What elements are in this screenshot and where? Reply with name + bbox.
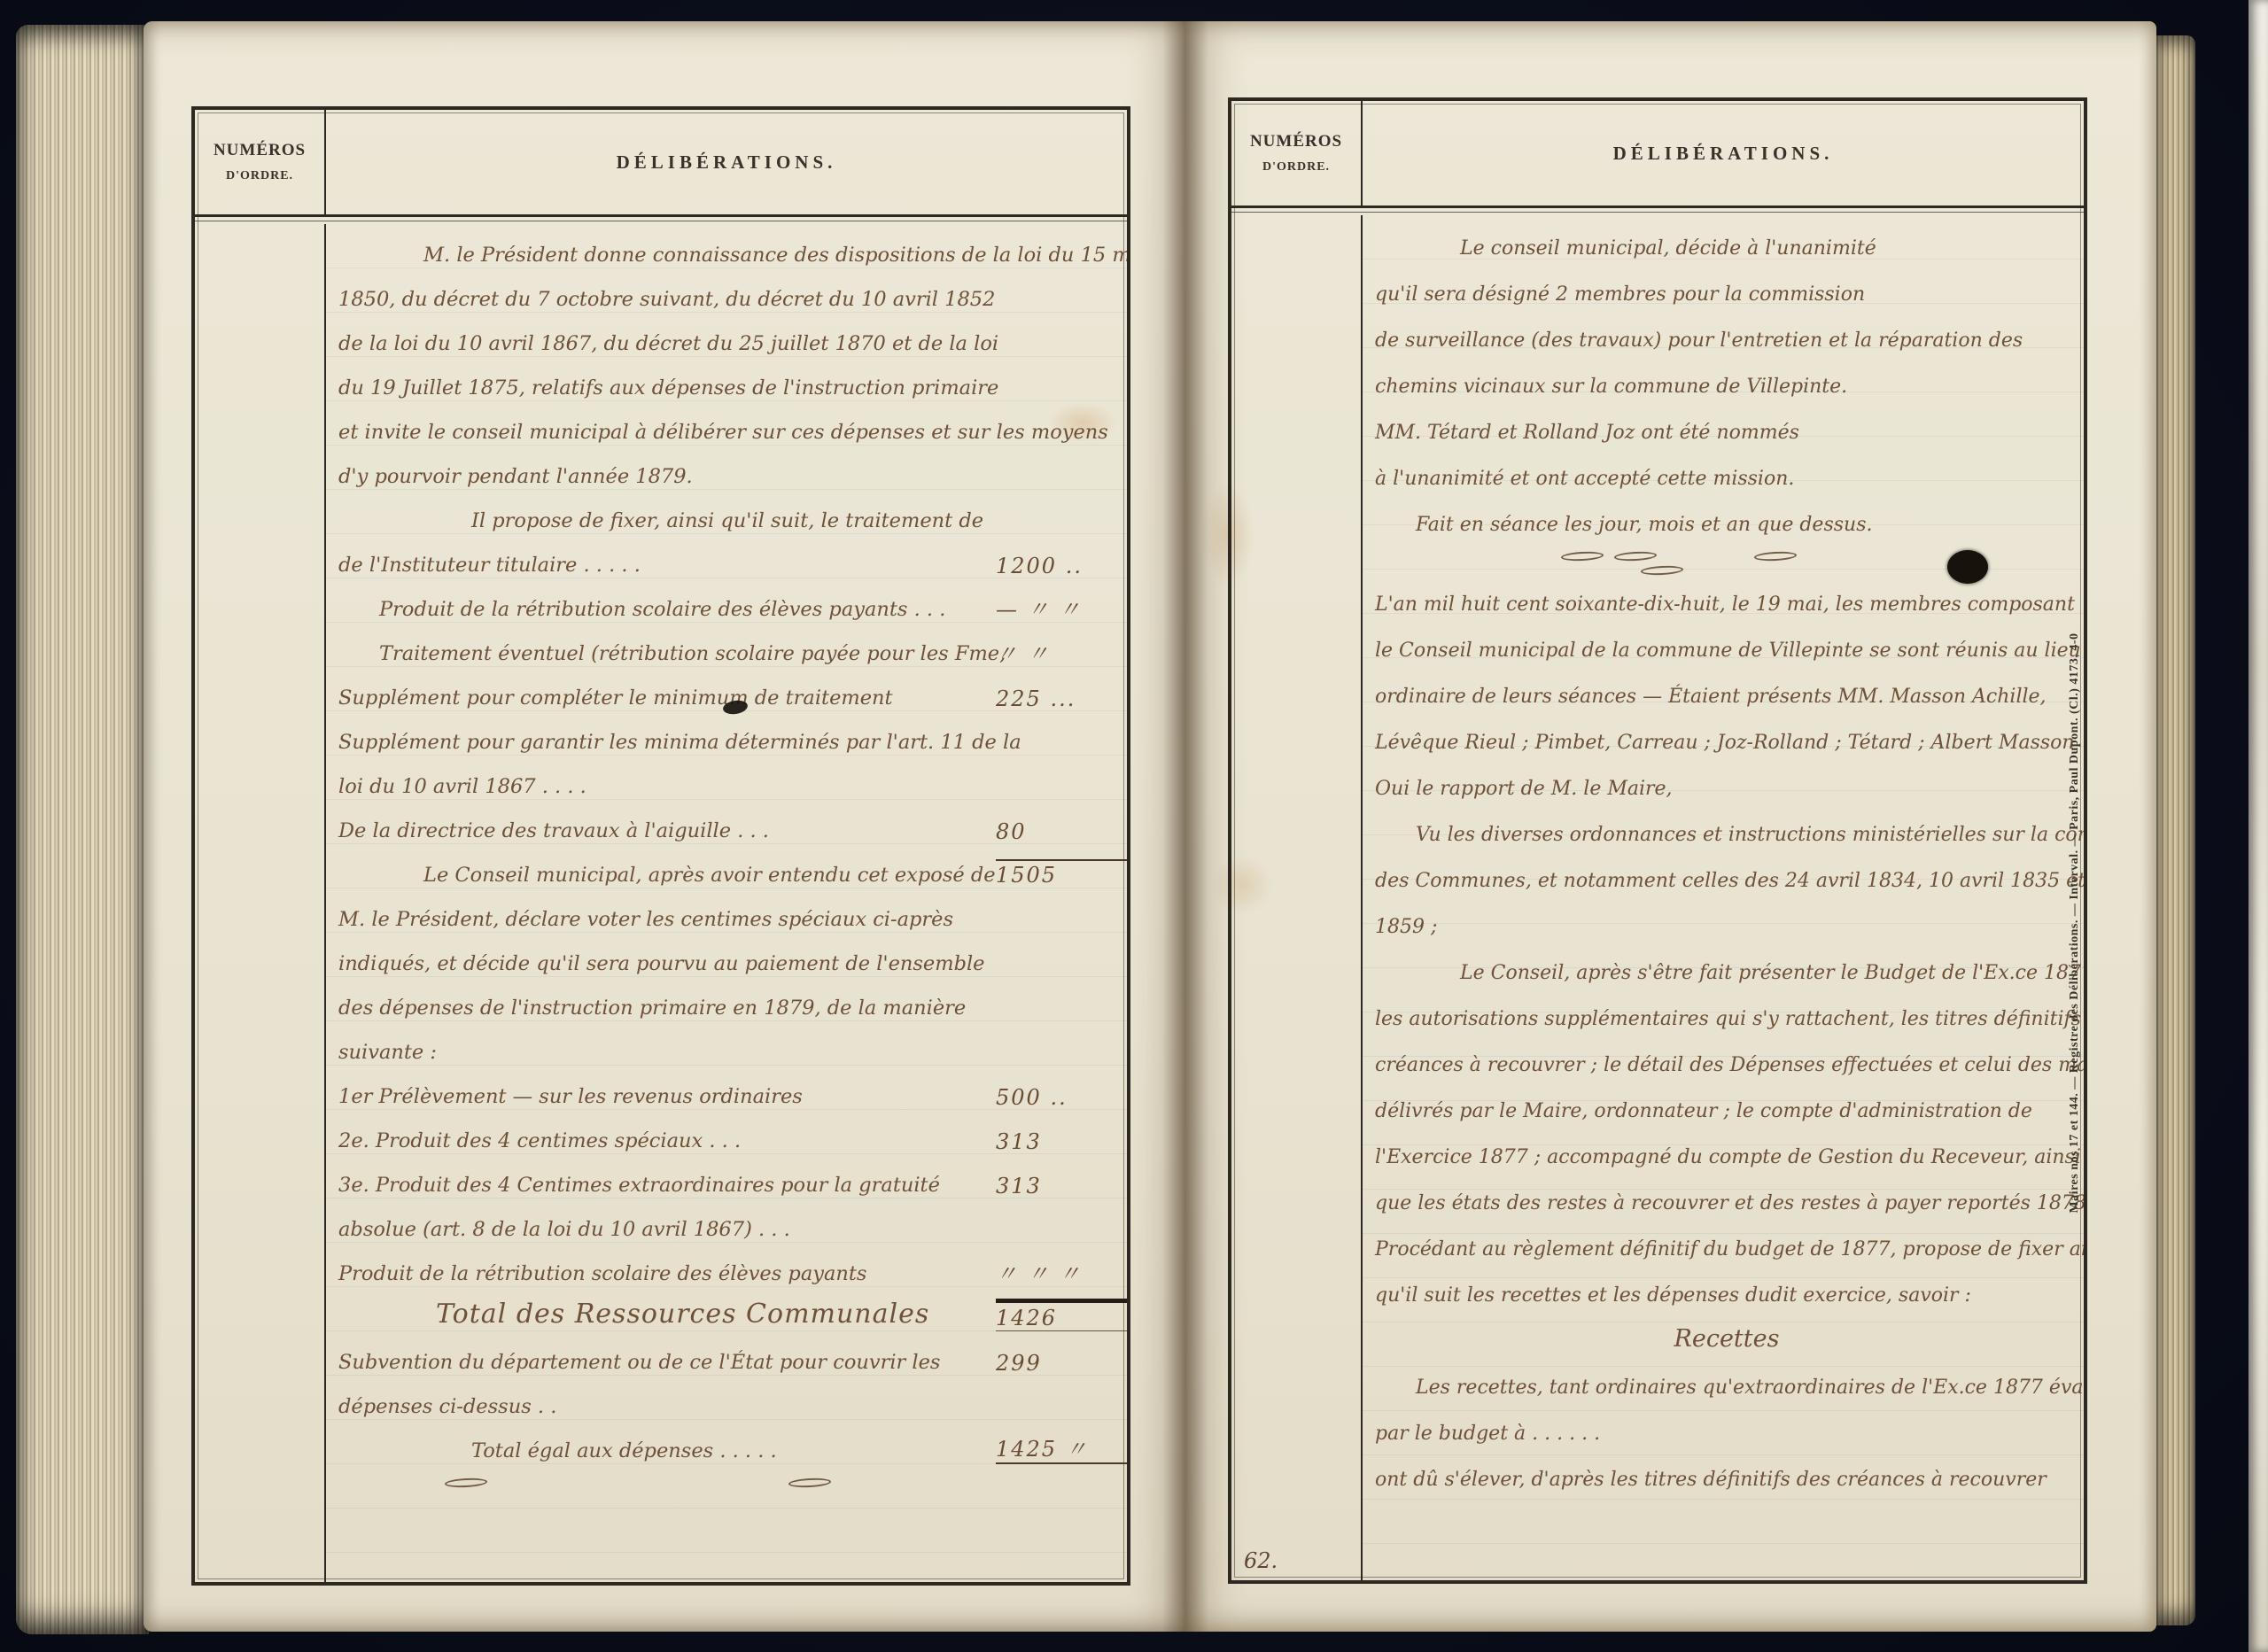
manuscript-line: suivante : <box>338 1028 1122 1073</box>
manuscript-line: créances à recouvrer ; le détail des Dép… <box>1375 1039 2078 1085</box>
manuscript-line: Procédant au règlement définitif du budg… <box>1375 1223 2078 1269</box>
manuscript-line: Il propose de fixer, ainsi qu'il suit, l… <box>338 497 1122 541</box>
manuscript-text: loi du 10 avril 1867 . . . . <box>338 775 586 807</box>
manuscript-text: Il propose de fixer, ainsi qu'il suit, l… <box>338 509 983 541</box>
manuscript-text: de surveillance (des travaux) pour l'ent… <box>1375 330 2023 361</box>
manuscript-line: des dépenses de l'instruction primaire e… <box>338 984 1122 1028</box>
manuscript-amount: — 〃 〃 <box>996 592 1127 623</box>
signature <box>1561 551 1604 562</box>
manuscript-line: 2e. Produit des 4 centimes spéciaux . . … <box>338 1117 1122 1161</box>
manuscript-text: Le Conseil, après s'être fait présenter … <box>1375 962 2084 993</box>
manuscript-text: Supplément pour garantir les minima déte… <box>338 731 1021 763</box>
manuscript-line: Recettes <box>1375 1315 2078 1361</box>
right-page-frame: NUMÉROS D'ORDRE. DÉLIBÉRATIONS. Le conse… <box>1228 97 2087 1584</box>
manuscript-text: l'Exercice 1877 ; accompagné du compte d… <box>1375 1146 2081 1177</box>
manuscript-amount: 1425 〃 <box>996 1431 1127 1464</box>
manuscript-text: De la directrice des travaux à l'aiguill… <box>338 819 769 851</box>
numeros-column <box>195 224 326 1582</box>
right-manuscript-lines-top: Le conseil municipal, décide à l'unanimi… <box>1375 222 2078 545</box>
signature <box>514 1482 532 1483</box>
manuscript-text: Le Conseil municipal, après avoir entend… <box>338 864 996 896</box>
signature <box>788 1477 831 1488</box>
manuscript-line: absolue (art. 8 de la loi du 10 avril 18… <box>338 1206 1122 1250</box>
printer-imprint: Maires nos 17 et 144. — Registre des Dél… <box>2068 633 2082 1214</box>
manuscript-line: Produit de la rétribution scolaire des é… <box>338 1250 1122 1294</box>
manuscript-text: de l'Instituteur titulaire . . . . . <box>338 554 641 586</box>
manuscript-line: Traitement éventuel (rétribution scolair… <box>338 630 1122 674</box>
left-page: NUMÉROS D'ORDRE. DÉLIBÉRATIONS. M. le Pr… <box>144 21 1185 1632</box>
manuscript-amount: 500 .. <box>996 1085 1127 1110</box>
manuscript-text: Le conseil municipal, décide à l'unanimi… <box>1375 237 1876 268</box>
left-manuscript-area: M. le Président donne connaissance des d… <box>326 224 1127 1582</box>
signature <box>516 1492 533 1493</box>
right-page-table-header: NUMÉROS D'ORDRE. DÉLIBÉRATIONS. <box>1231 101 2084 208</box>
manuscript-text: indiqués, et décide qu'il sera pourvu au… <box>338 952 985 984</box>
manuscript-line: indiqués, et décide qu'il sera pourvu au… <box>338 940 1122 984</box>
right-page-table-body: Le conseil municipal, décide à l'unanimi… <box>1231 215 2084 1580</box>
manuscript-line: Le conseil municipal, décide à l'unanimi… <box>1375 222 2078 268</box>
manuscript-line: loi du 10 avril 1867 . . . . <box>338 763 1122 807</box>
manuscript-line: ordinaire de leurs séances — Étaient pré… <box>1375 671 2078 717</box>
manuscript-text: que les états des restes à recouvrer et … <box>1375 1192 2084 1223</box>
manuscript-line: délivrés par le Maire, ordonnateur ; le … <box>1375 1085 2078 1131</box>
manuscript-text: M. le Président donne connaissance des d… <box>338 244 1127 275</box>
manuscript-line: de la loi du 10 avril 1867, du décret du… <box>338 320 1122 364</box>
manuscript-text: 1er Prélèvement — sur les revenus ordina… <box>338 1085 803 1117</box>
manuscript-line: chemins vicinaux sur la commune de Ville… <box>1375 361 2078 407</box>
manuscript-text: Procédant au règlement définitif du budg… <box>1375 1238 2084 1269</box>
manuscript-text: Lévêque Rieul ; Pimbet, Carreau ; Joz-Ro… <box>1375 732 2075 763</box>
manuscript-line: MM. Tétard et Rolland Joz ont été nommés <box>1375 407 2078 453</box>
signature <box>746 1492 764 1493</box>
manuscript-text: Fait en séance les jour, mois et an que … <box>1375 514 1873 545</box>
signature <box>445 1477 487 1488</box>
manuscript-text: Recettes <box>1674 1325 1780 1361</box>
book-fore-edge-left <box>16 25 149 1634</box>
manuscript-line: que les états des restes à recouvrer et … <box>1375 1177 2078 1223</box>
signature <box>1614 551 1657 562</box>
manuscript-line: Total égal aux dépenses . . . . . 1425 〃 <box>338 1427 1122 1471</box>
manuscript-line: de l'Instituteur titulaire . . . . . 120… <box>338 541 1122 586</box>
manuscript-line: les autorisations supplémentaires qui s'… <box>1375 993 2078 1039</box>
manuscript-line: Le Conseil, après s'être fait présenter … <box>1375 947 2078 993</box>
manuscript-amount: 299 <box>996 1351 1127 1376</box>
manuscript-text: ont dû s'élever, d'après les titres défi… <box>1375 1469 2047 1500</box>
manuscript-text: créances à recouvrer ; le détail des Dép… <box>1375 1054 2084 1085</box>
numeros-label: NUMÉROS <box>214 141 306 160</box>
manuscript-line: ont dû s'élever, d'après les titres défi… <box>1375 1454 2078 1500</box>
manuscript-text: Subvention du département ou de ce l'Éta… <box>338 1351 940 1383</box>
manuscript-text: Oui le rapport de M. le Maire, <box>1375 778 1673 809</box>
book-fore-edge-right <box>2155 35 2195 1625</box>
manuscript-text: des Communes, et notamment celles des 24… <box>1375 870 2084 901</box>
ink-blot <box>1947 550 1988 584</box>
manuscript-line: à l'unanimité et ont accepté cette missi… <box>1375 453 2078 499</box>
signature <box>1710 555 1728 556</box>
manuscript-text: 2e. Produit des 4 centimes spéciaux . . … <box>338 1129 741 1161</box>
signature <box>675 1492 693 1493</box>
manuscript-amount: 1505 <box>996 859 1127 888</box>
manuscript-amount: 1426 <box>996 1299 1127 1331</box>
signature <box>1754 551 1797 562</box>
manuscript-line: qu'il sera désigné 2 membres pour la com… <box>1375 268 2078 314</box>
manuscript-line: du 19 Juillet 1875, relatifs aux dépense… <box>338 364 1122 408</box>
signature <box>585 1482 602 1483</box>
numeros-dordre-column-header: NUMÉROS D'ORDRE. <box>195 110 326 214</box>
manuscript-line: L'an mil huit cent soixante-dix-huit, le… <box>1375 578 2078 624</box>
manuscript-text: MM. Tétard et Rolland Joz ont été nommés <box>1375 422 1799 453</box>
manuscript-line: Lévêque Rieul ; Pimbet, Carreau ; Joz-Ro… <box>1375 717 2078 763</box>
manuscript-text: Supplément pour compléter le minimum de … <box>338 686 893 718</box>
manuscript-text: les autorisations supplémentaires qui s'… <box>1375 1008 2084 1039</box>
manuscript-amount: 80 <box>996 819 1127 844</box>
manuscript-line: dépenses ci-dessus . . <box>338 1383 1122 1427</box>
signature <box>1481 570 1499 570</box>
left-page-table-header: NUMÉROS D'ORDRE. DÉLIBÉRATIONS. <box>195 110 1127 217</box>
signature <box>1710 570 1728 570</box>
manuscript-text: qu'il sera désigné 2 membres pour la com… <box>1375 283 1865 314</box>
left-manuscript-lines: M. le Président donne connaissance des d… <box>338 231 1122 1471</box>
manuscript-text: L'an mil huit cent soixante-dix-huit, le… <box>1375 593 2075 624</box>
right-manuscript-area: Le conseil municipal, décide à l'unanimi… <box>1363 215 2084 1580</box>
manuscript-amount: 〃 〃 〃 <box>996 1256 1127 1287</box>
manuscript-text: chemins vicinaux sur la commune de Ville… <box>1375 376 1847 407</box>
manuscript-amount: 313 <box>996 1174 1127 1198</box>
right-manuscript-lines-bottom: L'an mil huit cent soixante-dix-huit, le… <box>1375 578 2078 1500</box>
manuscript-text: 1850, du décret du 7 octobre suivant, du… <box>338 288 995 320</box>
manuscript-line: M. le Président donne connaissance des d… <box>338 231 1122 275</box>
manuscript-text: suivante : <box>338 1041 437 1073</box>
page-number: 62. <box>1244 1548 1278 1573</box>
manuscript-line: Vu les diverses ordonnances et instructi… <box>1375 809 2078 855</box>
manuscript-text: délivrés par le Maire, ordonnateur ; le … <box>1375 1100 2032 1131</box>
manuscript-line: et invite le conseil municipal à délibér… <box>338 408 1122 453</box>
manuscript-line: Le Conseil municipal, après avoir entend… <box>338 851 1122 896</box>
manuscript-text: dépenses ci-dessus . . <box>338 1395 556 1427</box>
manuscript-text: Produit de la rétribution scolaire des é… <box>338 1262 866 1294</box>
manuscript-line: l'Exercice 1877 ; accompagné du compte d… <box>1375 1131 2078 1177</box>
manuscript-amount: 313 <box>996 1129 1127 1154</box>
numeros-column <box>1231 215 1363 1580</box>
manuscript-line: 3e. Produit des 4 Centimes extraordinair… <box>338 1161 1122 1206</box>
deliberations-column-header: DÉLIBÉRATIONS. <box>326 110 1127 214</box>
manuscript-line: Oui le rapport de M. le Maire, <box>1375 763 2078 809</box>
manuscript-text: M. le Président, déclare voter les centi… <box>338 908 953 940</box>
manuscript-line: 1859 ; <box>1375 901 2078 947</box>
manuscript-text: d'y pourvoir pendant l'année 1879. <box>338 465 693 497</box>
manuscript-line: Les recettes, tant ordinaires qu'extraor… <box>1375 1361 2078 1408</box>
manuscript-line: Produit de la rétribution scolaire des é… <box>338 586 1122 630</box>
manuscript-amount: 1200 .. <box>996 554 1127 578</box>
manuscript-amount: 〃 〃 <box>996 636 1127 667</box>
left-page-table-body: M. le Président donne connaissance des d… <box>195 224 1127 1582</box>
manuscript-line: des Communes, et notamment celles des 24… <box>1375 855 2078 901</box>
signature <box>1914 570 1931 570</box>
adjacent-page-sliver <box>2249 0 2268 1652</box>
manuscript-text: de la loi du 10 avril 1867, du décret du… <box>338 332 998 364</box>
dordre-label: D'ORDRE. <box>1262 160 1330 175</box>
numeros-label: NUMÉROS <box>1250 132 1342 151</box>
left-signature-block <box>338 1471 1122 1496</box>
numeros-dordre-column-header: NUMÉROS D'ORDRE. <box>1231 101 1363 206</box>
manuscript-line: Supplément pour garantir les minima déte… <box>338 718 1122 763</box>
manuscript-text: du 19 Juillet 1875, relatifs aux dépense… <box>338 376 998 408</box>
manuscript-line: Fait en séance les jour, mois et an que … <box>1375 499 2078 545</box>
manuscript-line: M. le Président, déclare voter les centi… <box>338 896 1122 940</box>
signature-row <box>338 1478 1122 1487</box>
manuscript-line: 1850, du décret du 7 octobre suivant, du… <box>338 275 1122 320</box>
manuscript-text: 3e. Produit des 4 Centimes extraordinair… <box>338 1174 940 1206</box>
manuscript-text: 1859 ; <box>1375 916 1437 947</box>
manuscript-text: Les recettes, tant ordinaires qu'extraor… <box>1375 1377 2084 1408</box>
manuscript-line: De la directrice des travaux à l'aiguill… <box>338 807 1122 851</box>
manuscript-text: ordinaire de leurs séances — Étaient pré… <box>1375 686 2047 717</box>
manuscript-text: absolue (art. 8 de la loi du 10 avril 18… <box>338 1218 790 1250</box>
manuscript-line: le Conseil municipal de la commune de Vi… <box>1375 624 2078 671</box>
manuscript-text: qu'il suit les recettes et les dépenses … <box>1375 1284 1971 1315</box>
manuscript-text: par le budget à . . . . . . <box>1375 1423 1600 1454</box>
signature <box>1641 565 1683 576</box>
manuscript-line: par le budget à . . . . . . <box>1375 1408 2078 1454</box>
manuscript-text: Traitement éventuel (rétribution scolair… <box>338 642 1006 674</box>
manuscript-text: à l'unanimité et ont accepté cette missi… <box>1375 468 1794 499</box>
signature <box>445 1492 462 1493</box>
manuscript-text: des dépenses de l'instruction primaire e… <box>338 997 966 1028</box>
manuscript-amount: 225 ... <box>996 686 1127 711</box>
manuscript-text: et invite le conseil municipal à délibér… <box>338 421 1108 453</box>
manuscript-text: Total égal aux dépenses . . . . . <box>338 1439 777 1471</box>
manuscript-text: Total des Ressources Communales <box>338 1299 929 1338</box>
right-page: NUMÉROS D'ORDRE. DÉLIBÉRATIONS. Le conse… <box>1185 21 2156 1632</box>
manuscript-line: qu'il suit les recettes et les dépenses … <box>1375 1269 2078 1315</box>
manuscript-line: Total des Ressources Communales 1426 <box>338 1294 1122 1338</box>
manuscript-line: d'y pourvoir pendant l'année 1879. <box>338 453 1122 497</box>
left-page-frame: NUMÉROS D'ORDRE. DÉLIBÉRATIONS. M. le Pr… <box>191 106 1130 1586</box>
deliberations-column-header: DÉLIBÉRATIONS. <box>1363 101 2084 206</box>
dordre-label: D'ORDRE. <box>226 169 293 183</box>
manuscript-line: de surveillance (des travaux) pour l'ent… <box>1375 314 2078 361</box>
manuscript-line: 1er Prélèvement — sur les revenus ordina… <box>338 1073 1122 1117</box>
manuscript-text: Vu les diverses ordonnances et instructi… <box>1375 824 2084 855</box>
manuscript-text: le Conseil municipal de la commune de Vi… <box>1375 640 2081 671</box>
manuscript-text: Produit de la rétribution scolaire des é… <box>338 598 945 630</box>
manuscript-line: Subvention du département ou de ce l'Éta… <box>338 1338 1122 1383</box>
